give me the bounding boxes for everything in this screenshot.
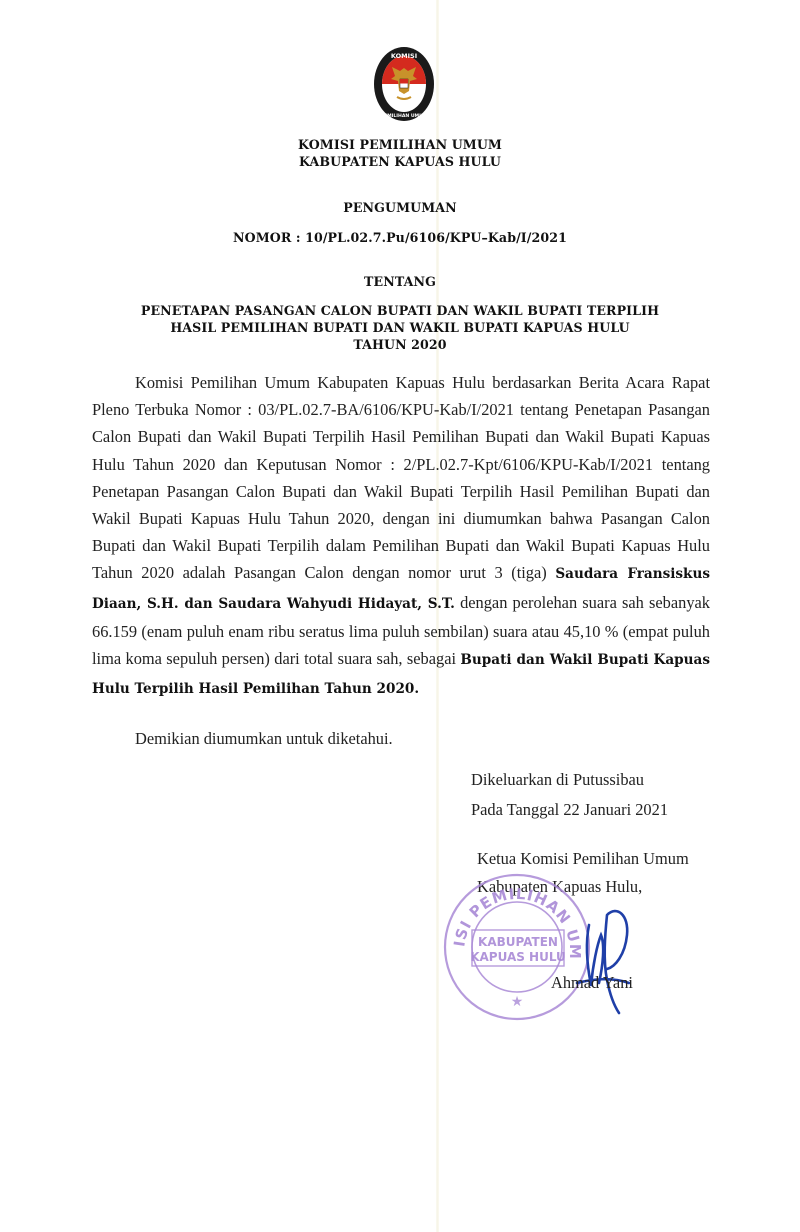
- issuance-block: Dikeluarkan di Putussibau Pada Tanggal 2…: [471, 765, 668, 825]
- document-subject: PENETAPAN PASANGAN CALON BUPATI DAN WAKI…: [0, 302, 800, 353]
- about-label: TENTANG: [0, 274, 800, 289]
- stamp-star-icon: ★: [511, 994, 524, 1010]
- announcement-body: Komisi Pemilihan Umum Kabupaten Kapuas H…: [92, 369, 710, 703]
- logo-top-text: KOMISI: [391, 52, 417, 60]
- subject-line-1: PENETAPAN PASANGAN CALON BUPATI DAN WAKI…: [0, 302, 800, 319]
- document-number: NOMOR : 10/PL.02.7.Pu/6106/KPU–Kab/I/202…: [0, 230, 800, 245]
- issuance-date: Pada Tanggal 22 Januari 2021: [471, 795, 668, 825]
- signatory-title-line-1: Ketua Komisi Pemilihan Umum: [477, 845, 689, 873]
- institution-region: KABUPATEN KAPUAS HULU: [0, 153, 800, 170]
- announcement-paragraph: Komisi Pemilihan Umum Kabupaten Kapuas H…: [92, 369, 710, 703]
- stamp-center-line-2: KAPUAS HULU: [470, 950, 566, 964]
- signer-name: Ahmad Yani: [551, 973, 633, 993]
- kpu-logo-icon: KOMISI PEMILIHAN UMUM: [373, 46, 435, 122]
- logo-bottom-text: PEMILIHAN UMUM: [381, 113, 428, 119]
- letterhead: KOMISI PEMILIHAN UMUM KABUPATEN KAPUAS H…: [0, 136, 800, 170]
- issuance-place: Dikeluarkan di Putussibau: [471, 765, 668, 795]
- handwritten-signature-icon: [567, 905, 642, 1015]
- document-type: PENGUMUMAN: [0, 200, 800, 215]
- subject-line-2: HASIL PEMILIHAN BUPATI DAN WAKIL BUPATI …: [0, 319, 800, 336]
- stamp-center-line-1: KABUPATEN: [478, 935, 558, 949]
- closing-statement: Demikian diumumkan untuk diketahui.: [135, 729, 393, 749]
- subject-line-3: TAHUN 2020: [0, 336, 800, 353]
- institution-name: KOMISI PEMILIHAN UMUM: [0, 136, 800, 153]
- body-text-part-1: Komisi Pemilihan Umum Kabupaten Kapuas H…: [92, 373, 710, 582]
